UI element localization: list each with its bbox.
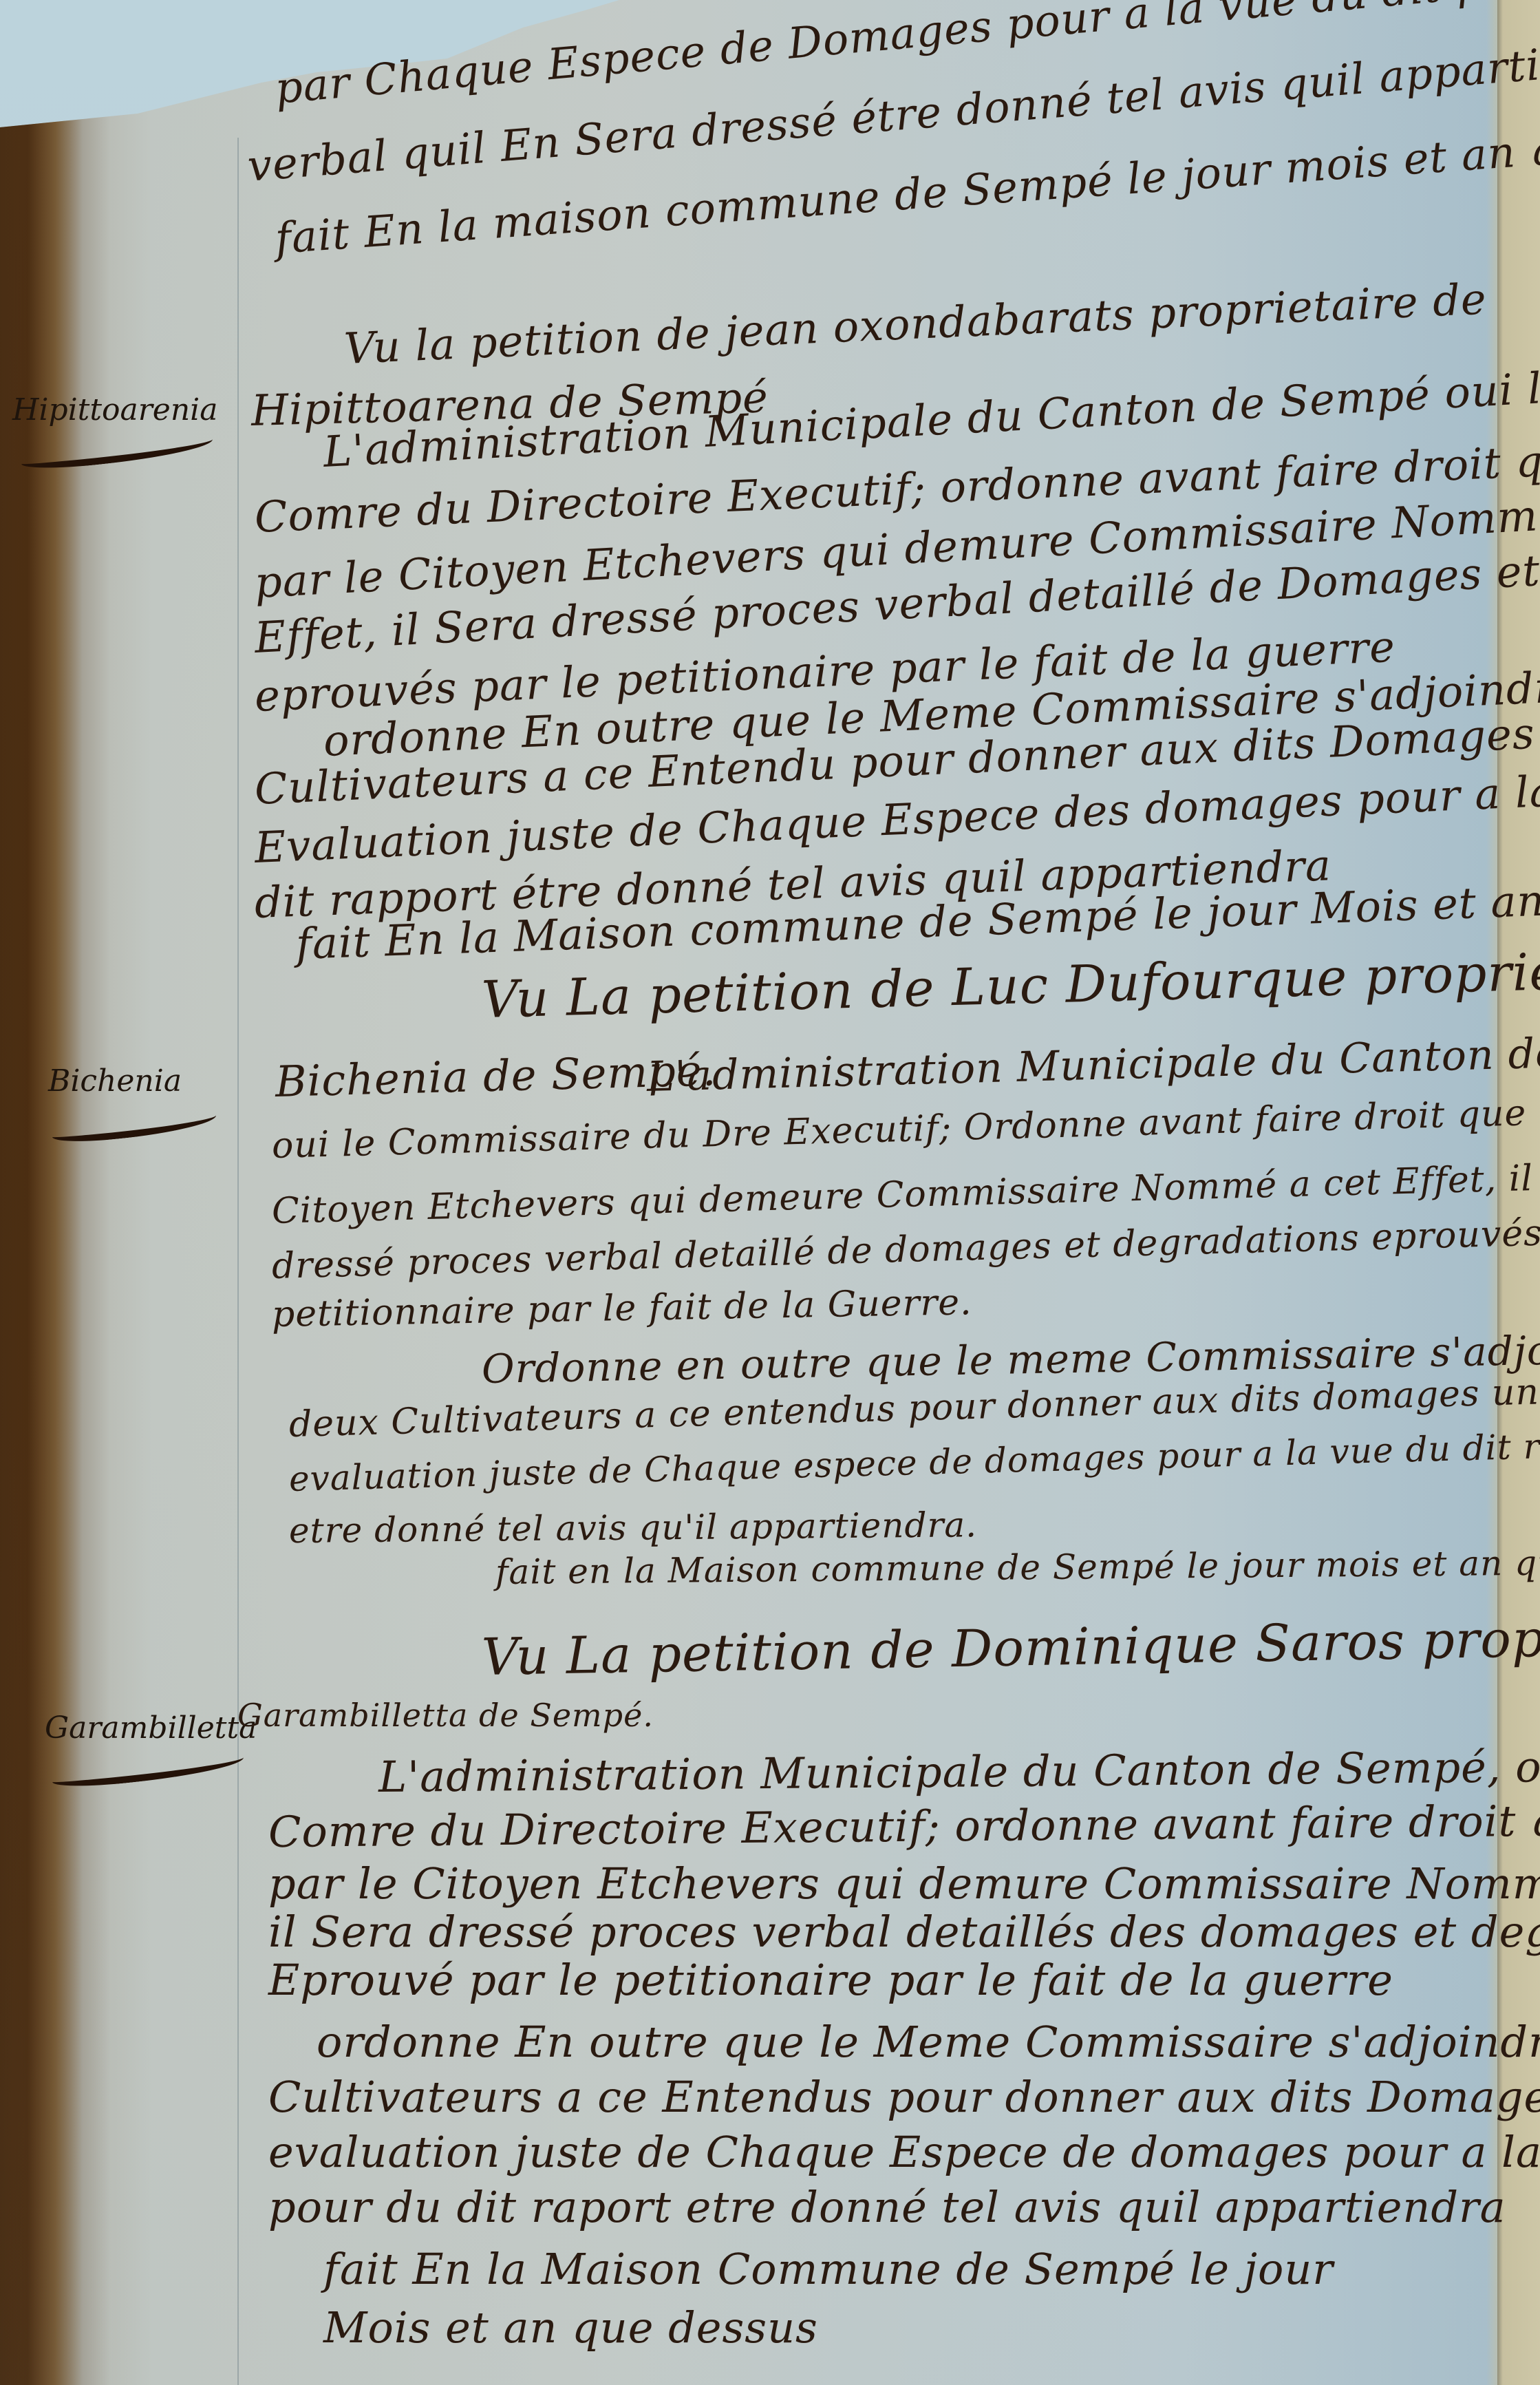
text-line: par le Citoyen Etchevers qui demure Comm… (268, 1858, 1540, 1909)
text-line: ordonne En outre que le Meme Commissaire… (317, 2017, 1540, 2067)
text-line: Mois et an que dessus (323, 2302, 818, 2353)
text-line: etre donné tel avis qu'il appartiendra. (289, 1505, 978, 1551)
text-line: Cultivateurs a ce Entendus pour donner a… (268, 2072, 1540, 2122)
margin-note-hipittoarenia: Hipittoarenia (12, 392, 217, 427)
text-line: pour du dit raport etre donné tel avis q… (268, 2182, 1506, 2232)
margin-rule (237, 138, 239, 2385)
margin-note-bichenia: Bichenia (48, 1063, 182, 1099)
margin-note-garambilletta: Garambilletta (45, 1710, 257, 1746)
text-line: L'administration Municipale du Canton de… (378, 1741, 1540, 1802)
text-line: fait En la Maison Commune de Sempé le jo… (323, 2244, 1334, 2294)
text-line: il Sera dressé proces verbal detaillés d… (268, 1907, 1540, 1957)
text-line: Eprouvé par le petitionaire par le fait … (268, 1955, 1393, 2005)
text-line: Garambilletta de Sempé. (237, 1697, 654, 1734)
text-line: evaluation juste de Chaque Espece de dom… (268, 2127, 1540, 2177)
